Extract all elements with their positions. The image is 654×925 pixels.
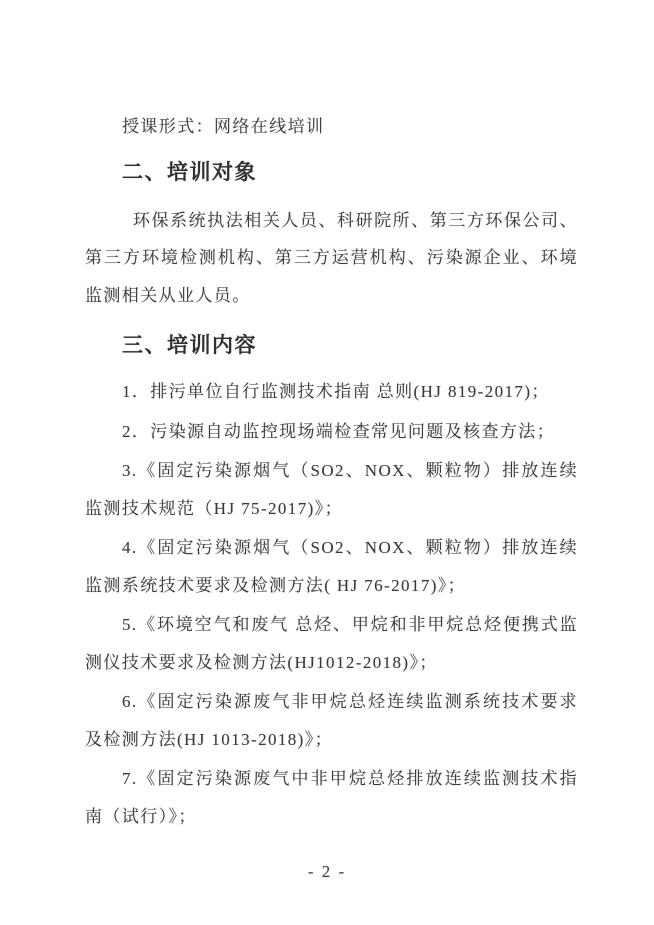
training-content-item-6: 6.《固定污染源废气非甲烷总烃连续监测系统技术要求及检测方法(HJ 1013-2… [85, 683, 578, 758]
lecture-format-line: 授课形式：网络在线培训 [85, 108, 578, 146]
training-content-item-5: 5.《环境空气和废气 总烃、甲烷和非甲烷总烃便携式监测仪技术要求及检测方法(HJ… [85, 606, 578, 681]
section-heading-training-audience: 二、培训对象 [85, 158, 578, 188]
training-content-item-2: 2．污染源自动监控现场端检查常见问题及核查方法； [85, 413, 578, 451]
training-content-item-3: 3.《固定污染源烟气（SO2、NOX、颗粒物）排放连续监测技术规范（HJ 75-… [85, 452, 578, 527]
training-content-item-1: 1．排污单位自行监测技术指南 总则(HJ 819-2017)； [85, 373, 578, 411]
document-page: 授课形式：网络在线培训 二、培训对象 环保系统执法相关人员、科研院所、第三方环保… [0, 0, 654, 925]
page-number: - 2 - [0, 862, 654, 882]
training-content-item-4: 4.《固定污染源烟气（SO2、NOX、颗粒物）排放连续监测系统技术要求及检测方法… [85, 529, 578, 604]
document-content: 授课形式：网络在线培训 二、培训对象 环保系统执法相关人员、科研院所、第三方环保… [0, 0, 654, 835]
training-content-item-7: 7.《固定污染源废气中非甲烷总烃排放连续监测技术指南（试行）》； [85, 760, 578, 835]
training-audience-paragraph: 环保系统执法相关人员、科研院所、第三方环保公司、第三方环境检测机构、第三方运营机… [85, 202, 578, 315]
section-heading-training-content: 三、培训内容 [85, 331, 578, 361]
